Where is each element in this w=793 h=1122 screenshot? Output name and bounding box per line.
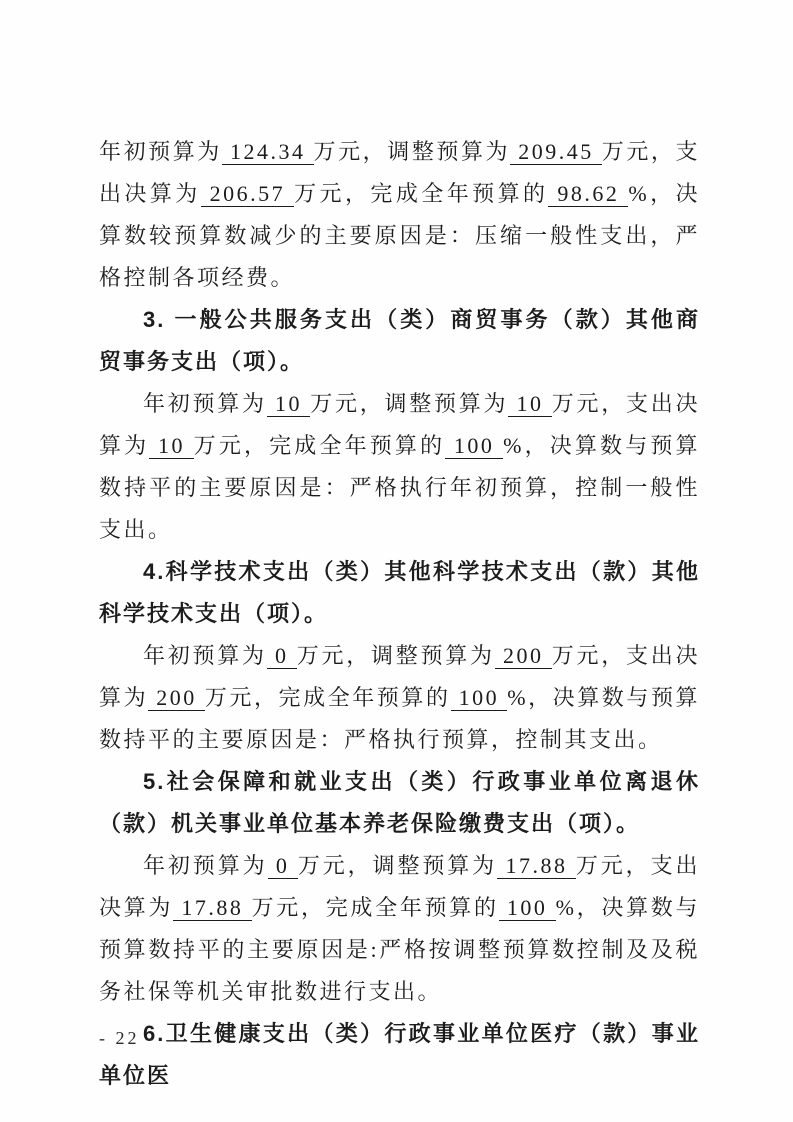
underlined-value: 100 xyxy=(451,685,508,711)
paragraph: 年初预算为 10 万元，调整预算为 10 万元，支出决算为 10 万元，完成全年… xyxy=(99,383,700,551)
underlined-value: 10 xyxy=(267,391,311,417)
text-segment: 万元，完成全年预算的 xyxy=(205,685,451,710)
page-number: - 22 - xyxy=(99,1028,156,1049)
text-segment: 万元，调整预算为 xyxy=(298,853,497,878)
underlined-value: 100 xyxy=(445,433,503,459)
underlined-value: 206.57 xyxy=(201,181,294,207)
underlined-value: 209.45 xyxy=(510,139,602,165)
paragraph: 年初预算为 0 万元，调整预算为 200 万元，支出决算为 200 万元，完成全… xyxy=(99,635,700,761)
underlined-value: 17.88 xyxy=(173,895,251,921)
underlined-value: 0 xyxy=(267,643,297,669)
text-segment: 万元，完成全年预算的 xyxy=(294,181,548,206)
text-segment: 万元，调整预算为 xyxy=(297,643,495,668)
underlined-value: 124.34 xyxy=(222,139,314,165)
text-segment: 年初预算为 xyxy=(143,391,267,416)
text-segment: 万元，调整预算为 xyxy=(310,391,508,416)
text-segment: 年初预算为 xyxy=(99,139,222,164)
underlined-value: 0 xyxy=(268,853,298,879)
underlined-value: 10 xyxy=(508,391,552,417)
text-segment: 万元，完成全年预算的 xyxy=(252,895,499,920)
underlined-value: 98.62 xyxy=(548,181,628,207)
section-heading: 6.卫生健康支出（类）行政事业单位医疗（款）事业单位医 xyxy=(99,1013,700,1097)
text-segment: 万元，完成全年预算的 xyxy=(194,433,446,458)
text-segment: 万元，调整预算为 xyxy=(314,139,511,164)
page: 年初预算为 124.34 万元，调整预算为 209.45 万元，支出决算为 20… xyxy=(0,0,793,1122)
underlined-value: 200 xyxy=(148,685,205,711)
paragraph: 年初预算为 124.34 万元，调整预算为 209.45 万元，支出决算为 20… xyxy=(99,131,700,299)
paragraph: 年初预算为 0 万元，调整预算为 17.88 万元，支出决算为 17.88 万元… xyxy=(99,845,700,1013)
underlined-value: 200 xyxy=(495,643,552,669)
section-heading: 5.社会保障和就业支出（类）行政事业单位离退休（款）机关事业单位基本养老保险缴费… xyxy=(99,761,700,845)
underlined-value: 17.88 xyxy=(497,853,576,879)
text-segment: 6.卫生健康支出（类）行政事业单位医疗（款）事业单位医 xyxy=(99,1021,700,1088)
section-heading: 4.科学技术支出（类）其他科学技术支出（款）其他科学技术支出（项）。 xyxy=(99,551,700,635)
section-heading: 3. 一般公共服务支出（类）商贸事务（款）其他商贸事务支出（项）。 xyxy=(99,299,700,383)
underlined-value: 100 xyxy=(499,895,556,921)
underlined-value: 10 xyxy=(149,433,193,459)
text-segment: 5.社会保障和就业支出（类）行政事业单位离退休（款）机关事业单位基本养老保险缴费… xyxy=(99,769,700,836)
document-body: 年初预算为 124.34 万元，调整预算为 209.45 万元，支出决算为 20… xyxy=(99,131,700,1097)
text-segment: 年初预算为 xyxy=(143,853,268,878)
text-segment: 年初预算为 xyxy=(143,643,267,668)
text-segment: 3. 一般公共服务支出（类）商贸事务（款）其他商贸事务支出（项）。 xyxy=(99,307,700,374)
text-segment: 4.科学技术支出（类）其他科学技术支出（款）其他科学技术支出（项）。 xyxy=(99,559,700,626)
